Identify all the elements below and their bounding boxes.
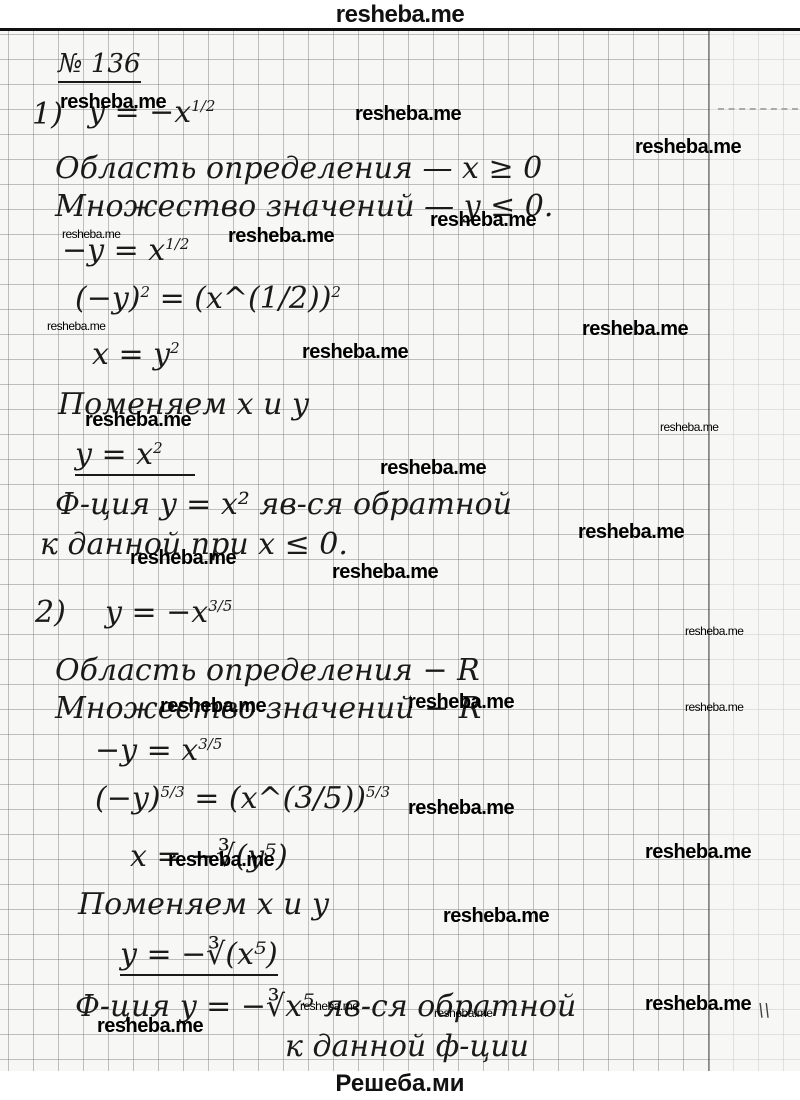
watermark: resheba.me: [332, 561, 438, 584]
part2-domain: Область определения − R: [55, 653, 480, 688]
part2-step2-left-exp: 5/3: [161, 783, 185, 801]
watermark: resheba.me: [430, 209, 536, 232]
watermark: resheba.me: [62, 227, 120, 241]
corner-mark: \\: [758, 1000, 770, 1021]
part2-step1-text: −y = x: [95, 733, 198, 768]
part1-conclusion-1: Ф-ция y = x² яв-ся обратной: [55, 487, 512, 522]
part1-step1-exponent: 1/2: [165, 235, 189, 253]
part2-conclusion-2: к данной ф-ции: [285, 1029, 529, 1064]
part1-label: 1): [32, 97, 63, 132]
part2-step2-left: (−y): [95, 781, 161, 816]
margin-line: [708, 31, 710, 1071]
part2-step1: −y = x3/5: [95, 733, 222, 768]
watermark: resheba.me: [635, 136, 741, 159]
part1-step2-left: (−y): [75, 281, 141, 316]
part2-step2: (−y)5/3 = (x^(3/5))5/3: [95, 781, 390, 816]
part1-step3-text: x = y: [92, 337, 170, 372]
part1-step2-right-exp: 2: [331, 283, 341, 301]
site-header: resheba.me: [0, 0, 800, 30]
watermark: resheba.me: [228, 225, 334, 248]
watermark: resheba.me: [408, 797, 514, 820]
watermark: resheba.me: [582, 318, 688, 341]
part2-label: 2): [35, 595, 66, 630]
watermark: resheba.me: [685, 624, 743, 638]
part1-result-exponent: 2: [153, 439, 163, 457]
watermark: resheba.me: [578, 521, 684, 544]
margin-dash: [718, 108, 798, 110]
notebook-page: № 136 1) y = −x1/2 Область определения —…: [0, 28, 800, 1071]
part1-step2-right: = (x^(1/2)): [160, 281, 332, 316]
problem-number: № 136: [58, 49, 141, 83]
part2-function: y = −x3/5: [105, 595, 232, 630]
part2-function-exponent: 3/5: [208, 597, 232, 615]
watermark: resheba.me: [645, 841, 751, 864]
part2-result: y = −∛(x⁵): [120, 937, 278, 976]
part1-function-exponent: 1/2: [191, 97, 215, 115]
watermark: resheba.me: [408, 691, 514, 714]
page-margin: [710, 31, 800, 1071]
part1-step2: (−y)2 = (x^(1/2))2: [75, 281, 341, 316]
part1-step2-left-exp: 2: [141, 283, 151, 301]
watermark: resheba.me: [300, 999, 358, 1013]
part2-function-text: y = −x: [105, 595, 208, 630]
watermark: resheba.me: [85, 409, 191, 432]
watermark: resheba.me: [302, 341, 408, 364]
part1-step3: x = y2: [92, 337, 180, 372]
watermark: resheba.me: [660, 420, 718, 434]
site-footer: Решеба.ми: [0, 1068, 800, 1100]
watermark: resheba.me: [355, 103, 461, 126]
watermark: resheba.me: [443, 905, 549, 928]
part1-domain: Область определения — x ≥ 0: [55, 151, 542, 186]
watermark: resheba.me: [160, 695, 266, 718]
watermark: resheba.me: [60, 91, 166, 114]
part2-step2-right: = (x^(3/5)): [194, 781, 366, 816]
watermark: resheba.me: [47, 319, 105, 333]
watermark: resheba.me: [130, 547, 236, 570]
part2-step1-exponent: 3/5: [198, 735, 222, 753]
watermark: resheba.me: [434, 1006, 492, 1020]
watermark: resheba.me: [645, 993, 751, 1016]
part1-step3-exponent: 2: [170, 339, 180, 357]
watermark: resheba.me: [168, 849, 274, 872]
part1-result: y = x2: [75, 437, 195, 476]
watermark: resheba.me: [685, 700, 743, 714]
part2-step2-right-exp: 5/3: [366, 783, 390, 801]
part1-result-text: y = x: [75, 437, 153, 472]
watermark: resheba.me: [380, 457, 486, 480]
watermark: resheba.me: [97, 1015, 203, 1038]
part2-swap: Поменяем x и y: [78, 887, 329, 922]
